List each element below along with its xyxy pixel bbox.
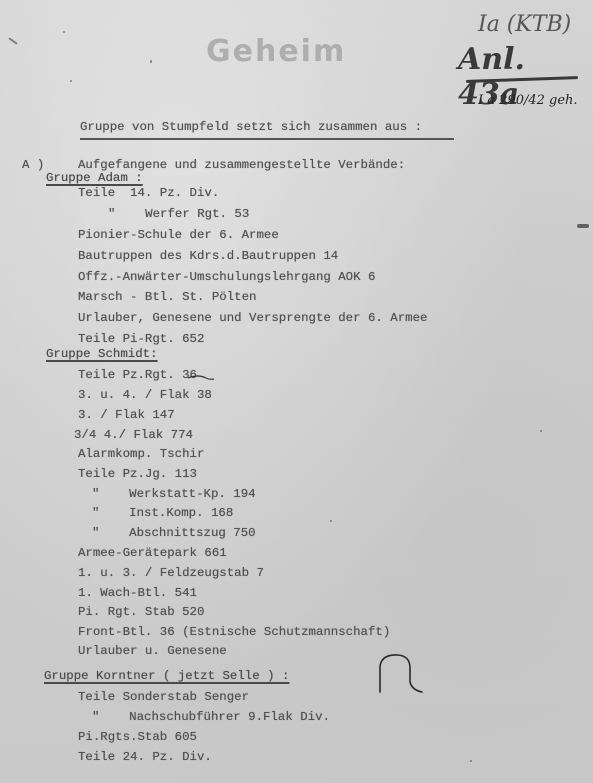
secret-stamp: Geheim (206, 34, 346, 69)
document-page: Geheim Ia (KTB) Anl. 43a I a 290/42 geh.… (0, 0, 593, 783)
list-item: 3. / Flak 147 (78, 408, 175, 422)
paper-speck (150, 60, 152, 63)
paper-speck (540, 430, 542, 432)
list-item: Teile Pi-Rgt. 652 (78, 332, 204, 346)
list-item: Urlauber, Genesene und Versprengte der 6… (78, 311, 427, 325)
list-item: Pionier-Schule der 6. Armee (78, 228, 279, 242)
document-title: Gruppe von Stumpfeld setzt sich zusammen… (80, 120, 422, 134)
list-item: 3/4 4./ Flak 774 (74, 428, 193, 442)
paper-speck (330, 520, 332, 522)
list-item: 3. u. 4. / Flak 38 (78, 388, 212, 402)
list-item: Pi.Rgts.Stab 605 (78, 730, 197, 744)
list-item: Teile Pz.Jg. 113 (78, 467, 197, 481)
title-underline (80, 138, 454, 140)
list-item: " Inst.Komp. 168 (92, 506, 233, 520)
list-item: Front-Btl. 36 (Estnische Schutzmannschaf… (78, 625, 390, 639)
paper-mark (577, 224, 589, 228)
list-item: 1. Wach-Btl. 541 (78, 586, 197, 600)
list-item: 1. u. 3. / Feldzeugstab 7 (78, 566, 264, 580)
list-item: " Werkstatt-Kp. 194 (92, 487, 256, 501)
list-item: Teile 24. Pz. Div. (78, 750, 212, 764)
list-item: Bautruppen des Kdrs.d.Bautruppen 14 (78, 249, 338, 263)
list-item: Marsch - Btl. St. Pölten (78, 290, 256, 304)
group-heading-korntner: Gruppe Korntner ( jetzt Selle ) : (44, 669, 289, 683)
paper-speck (70, 80, 72, 82)
pen-stroke-mark (186, 372, 216, 384)
handwritten-arch-mark (376, 652, 426, 696)
list-item: Teile Sonderstab Senger (78, 690, 249, 704)
section-marker: A ) (22, 158, 44, 172)
list-item: " Abschnittszug 750 (92, 526, 256, 540)
list-item: Teile 14. Pz. Div. (78, 186, 219, 200)
list-item: Armee-Gerätepark 661 (78, 546, 227, 560)
paper-speck (63, 31, 65, 33)
list-item: " Nachschubführer 9.Flak Div. (92, 710, 330, 724)
handwritten-reference-number: I a 290/42 geh. (478, 93, 578, 108)
list-item: Offz.-Anwärter-Umschulungslehrgang AOK 6 (78, 270, 375, 284)
list-item: Teile Pz.Rgt. 36 (78, 368, 197, 382)
list-item: Alarmkomp. Tschir (78, 447, 204, 461)
list-item: " Werfer Rgt. 53 (108, 207, 249, 221)
handwritten-ktb-note: Ia (KTB) (478, 12, 571, 37)
list-item: Urlauber u. Genesene (78, 644, 227, 658)
group-heading-schmidt: Gruppe Schmidt: (46, 347, 158, 361)
section-heading: Aufgefangene und zusammengestellte Verbä… (78, 158, 405, 172)
paper-speck (470, 760, 472, 762)
group-heading-adam: Gruppe Adam : (46, 171, 143, 185)
paper-mark (8, 37, 17, 44)
list-item: Pi. Rgt. Stab 520 (78, 605, 204, 619)
